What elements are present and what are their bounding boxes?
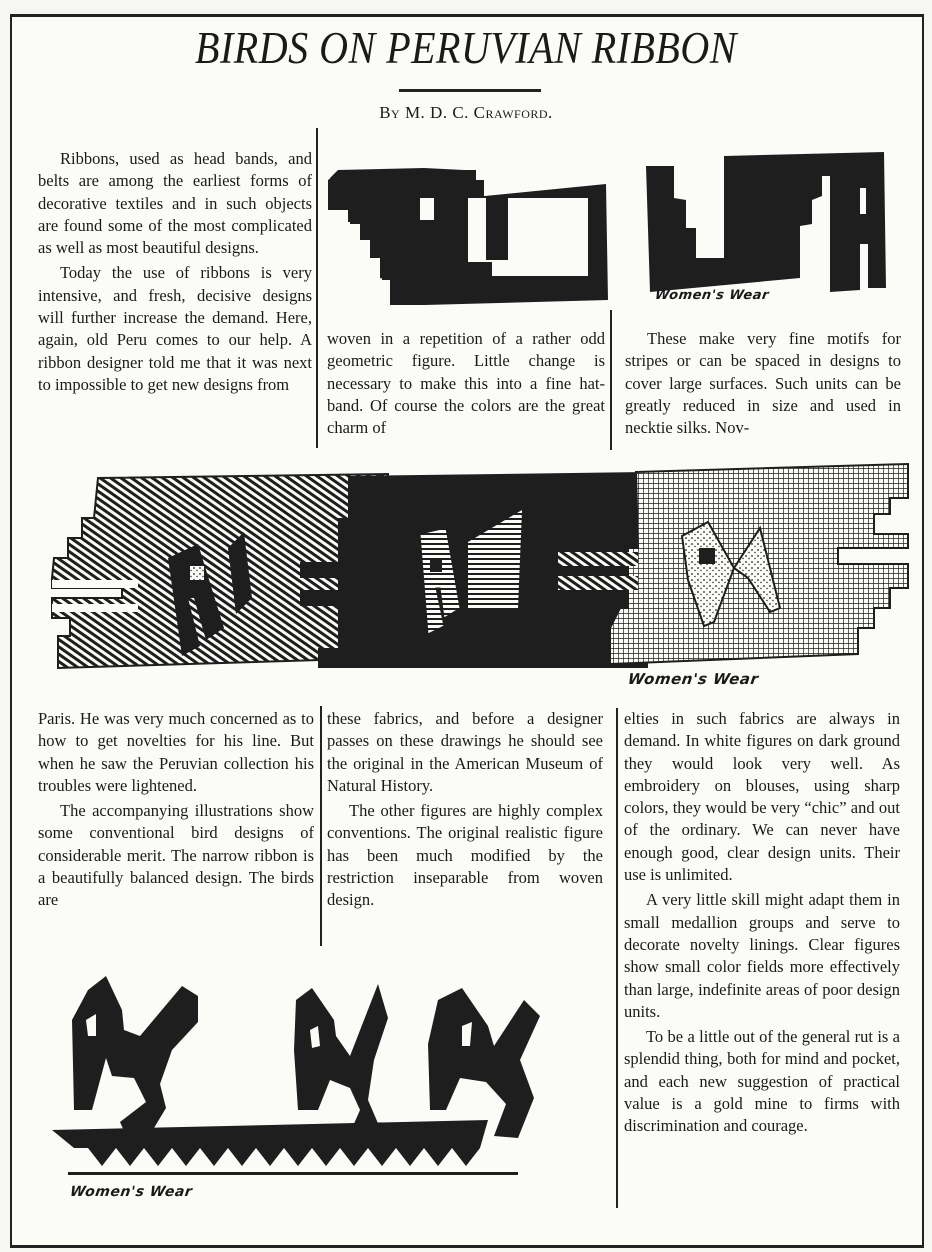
column-top-middle: woven in a repetition of a rather odd ge… (327, 328, 605, 439)
paragraph: elties in such fabrics are always in dem… (624, 708, 900, 886)
paragraph: woven in a repetition of a rather odd ge… (327, 328, 605, 439)
paragraph: The other figures are highly complex con… (327, 800, 603, 911)
article-title: BIRDS ON PERUVIAN RIBBON (0, 20, 932, 74)
column-top-right: These make very fine motifs for stripes … (625, 328, 901, 439)
bird-frieze-illustration (48, 970, 618, 1180)
figure-credit: Women's Wear (627, 670, 760, 688)
paragraph: Today the use of ribbons is very intensi… (38, 262, 312, 396)
paragraph: To be a little out of the general rut is… (624, 1026, 900, 1137)
figure-credit: Women's Wear (654, 288, 770, 303)
paragraph: The accompanying illustrations show some… (38, 800, 314, 911)
paragraph: A very little skill might adapt them in … (624, 889, 900, 1023)
column-divider (610, 310, 612, 450)
column-bottom-middle: these fabrics, and before a designer pas… (327, 708, 603, 912)
geometric-motif-illustration (324, 140, 894, 320)
paragraph: Ribbons, used as head bands, and belts a… (38, 148, 312, 259)
column-divider (320, 706, 322, 946)
paragraph: Paris. He was very much concerned as to … (38, 708, 314, 797)
column-divider (316, 128, 318, 448)
paragraph: These make very fine motifs for stripes … (625, 328, 901, 439)
column-top-left: Ribbons, used as head bands, and belts a… (38, 148, 312, 396)
figure-credit: Women's Wear (69, 1184, 193, 1200)
paragraph: these fabrics, and before a designer pas… (327, 708, 603, 797)
column-bottom-left: Paris. He was very much concerned as to … (38, 708, 314, 912)
title-divider (399, 89, 541, 92)
article-byline: By M. D. C. Crawford. (0, 103, 932, 123)
column-bottom-right: elties in such fabrics are always in dem… (624, 708, 900, 1138)
bird-ribbon-band-illustration (48, 458, 912, 678)
